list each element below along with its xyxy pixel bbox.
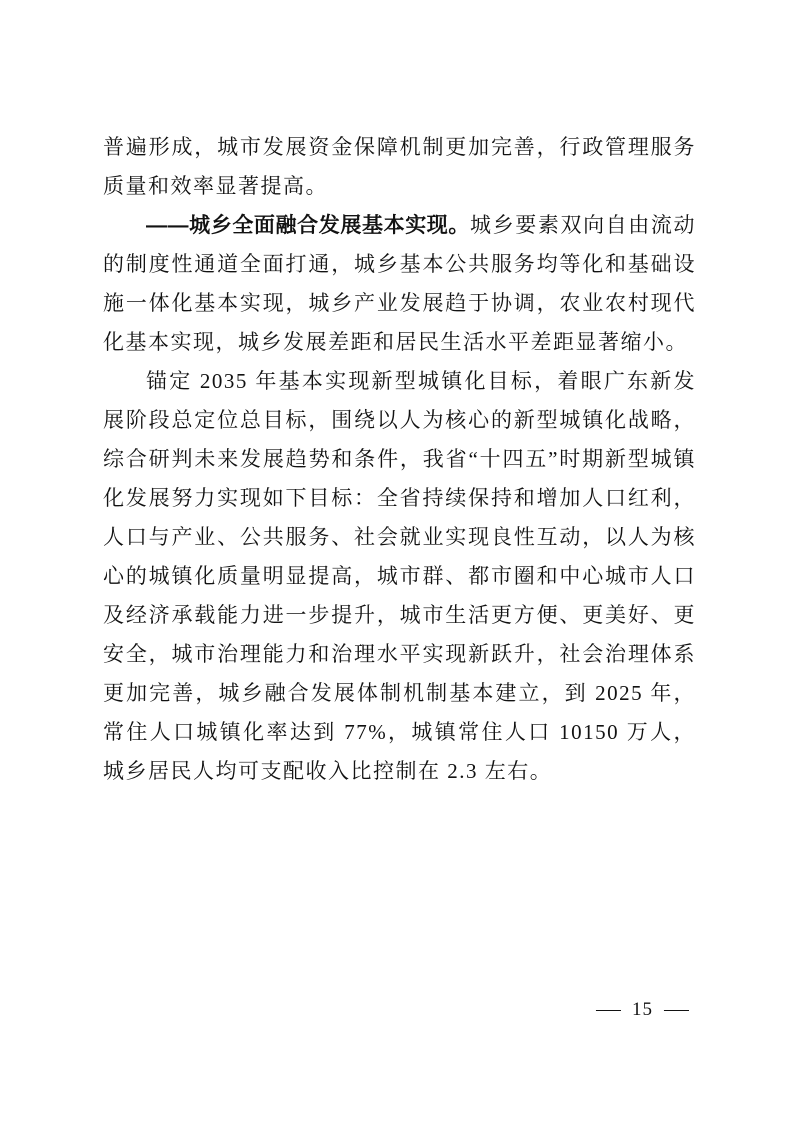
paragraph-urban-rural-integration: ——城乡全面融合发展基本实现。城乡要素双向自由流动的制度性通道全面打通，城乡基本…: [103, 206, 696, 362]
page-footer: —15—: [599, 998, 686, 1022]
paragraph-2035-goals-text: 锚定 2035 年基本实现新型城镇化目标，着眼广东新发展阶段总定位总目标，围绕以…: [103, 369, 696, 783]
paragraph-bold-lead: ——城乡全面融合发展基本实现。: [146, 214, 470, 237]
paragraph-continuation: 普遍形成，城市发展资金保障机制更加完善，行政管理服务质量和效率显著提高。: [103, 128, 696, 206]
paragraph-continuation-text: 普遍形成，城市发展资金保障机制更加完善，行政管理服务质量和效率显著提高。: [103, 135, 696, 198]
document-page: 普遍形成，城市发展资金保障机制更加完善，行政管理服务质量和效率显著提高。 ——城…: [0, 0, 794, 1123]
footer-right-dash: —: [664, 998, 689, 1022]
paragraph-2035-goals: 锚定 2035 年基本实现新型城镇化目标，着眼广东新发展阶段总定位总目标，围绕以…: [103, 362, 696, 791]
body-text: 普遍形成，城市发展资金保障机制更加完善，行政管理服务质量和效率显著提高。 ——城…: [103, 128, 696, 791]
footer-left-dash: —: [596, 998, 621, 1022]
page-number: 15: [632, 998, 653, 1022]
